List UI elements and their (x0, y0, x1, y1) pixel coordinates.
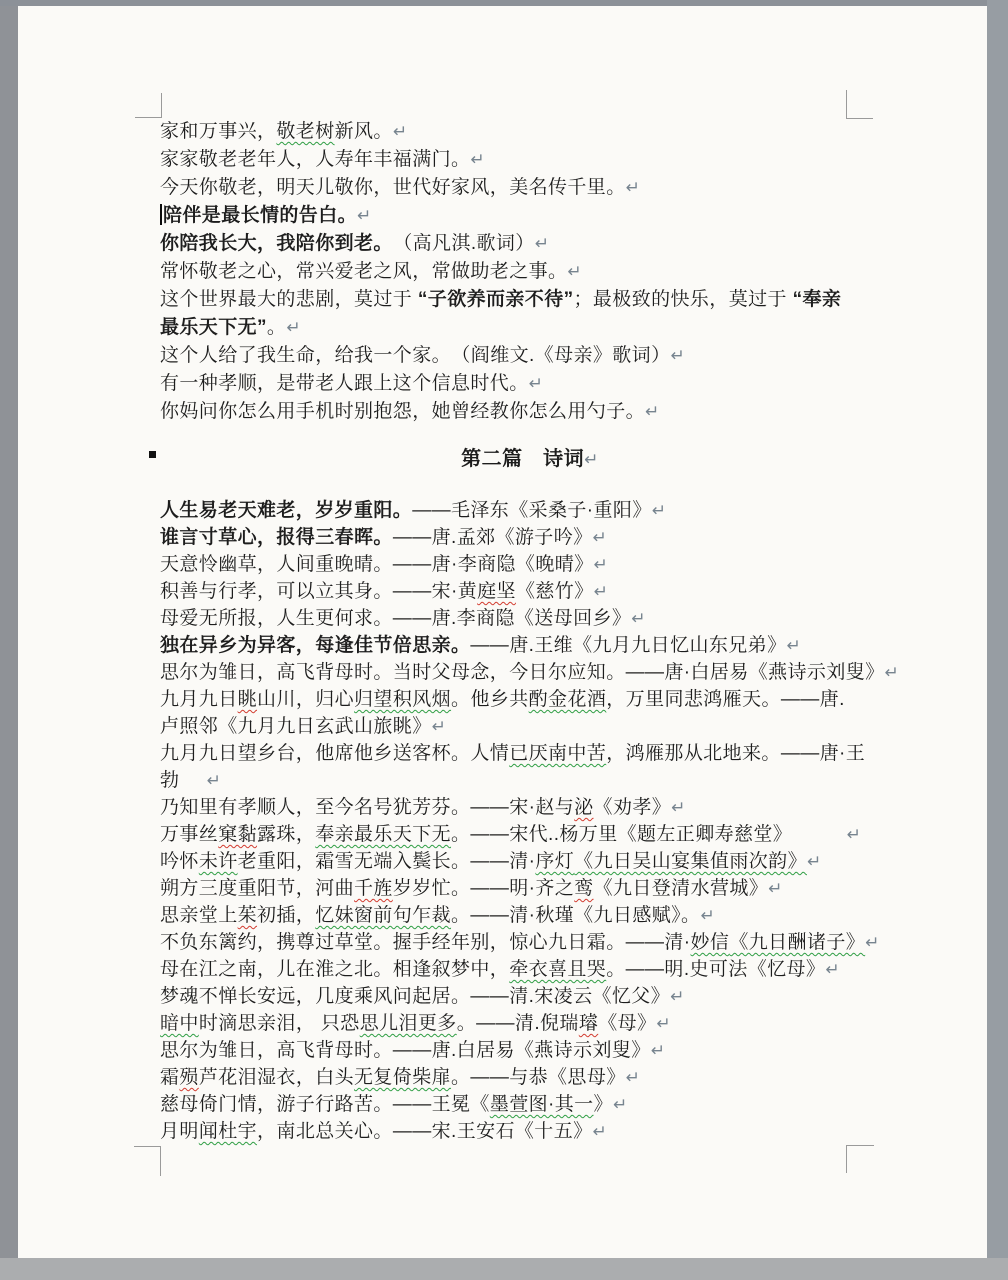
paragraph[interactable]: 思尔为雏日，高飞背母时。——唐.白居易《燕诗示刘叟》↵ (160, 1037, 900, 1064)
text-run: 。 (267, 317, 286, 338)
text-run: 璿 (579, 1013, 598, 1034)
text-run: 。——清·秋瑾《九日感赋》。 (451, 905, 700, 926)
paragraph[interactable]: 常怀敬老之心，常兴爱老之风，常做助老之事。↵ (160, 258, 900, 286)
text-run: 人生易老天难老，岁岁重阳。 (160, 500, 412, 521)
text-run: 母爱无所报，人生更何求。——唐.李商隐《送母回乡》 (160, 608, 631, 629)
paragraph-mark-icon: ↵ (393, 122, 408, 141)
text-run: 牵衣喜且哭 (509, 959, 606, 980)
text-run: 母在江之南，儿在淮之北。相逢叙梦中， (160, 959, 509, 980)
margin-crop-mark-bottom-right (846, 1145, 874, 1173)
paragraph[interactable]: 暗中时滴思亲泪， 只恐思儿泪更多。——清.倪瑞璿《母》↵ (160, 1010, 900, 1037)
paragraph-mark-icon: ↵ (535, 234, 550, 253)
section-heading[interactable]: 第二篇 诗词↵ (160, 442, 900, 471)
text-run: 谁言寸草心，报得三春晖。 (160, 527, 393, 548)
text-run: 霜 (160, 1067, 179, 1088)
paragraph[interactable]: 月明闻杜宇，南北总关心。——宋.王安石《十五》↵ (160, 1118, 900, 1145)
text-run: 闻杜宇 (199, 1121, 257, 1142)
text-run: 月明 (160, 1121, 199, 1142)
paragraph[interactable]: 梦魂不惮长安远，几度乘风问起居。——清.宋凌云《忆父》↵ (160, 983, 900, 1010)
text-run: 九月九日 (160, 689, 238, 710)
paragraph-mark-icon: ↵ (593, 528, 608, 547)
paragraph-mark-icon: ↵ (529, 374, 544, 393)
paragraph-mark-icon: ↵ (825, 960, 840, 979)
paragraph[interactable]: 慈母倚门情，游子行路苦。——王冕《墨萱图·其一》↵ (160, 1091, 900, 1118)
text-run: ，南北总关心。——宋.王安石《十五》 (257, 1121, 592, 1142)
paragraph[interactable]: 你妈问你怎么用手机时别抱怨，她曾经教你怎么用勺子。↵ (160, 398, 900, 426)
text-cursor (160, 204, 162, 225)
paragraph[interactable]: 乃知里有孝顺人，至今名号犹芳芬。——宋·赵与泌《劝孝》↵ (160, 794, 900, 821)
paragraph[interactable]: 吟怀未许老重阳，霜雪无端入鬓长。——清·序灯《九日吴山宴集值雨次韵》↵ (160, 848, 900, 875)
text-run: 露珠， (257, 824, 315, 845)
paragraph-mark-icon: ↵ (885, 663, 900, 682)
text-run: “子欲养而亲不待” (418, 289, 574, 310)
text-run: 慈母倚门情，游子行路苦。——王冕《 (160, 1094, 490, 1115)
paragraph-mark-icon: ↵ (865, 933, 880, 952)
paragraph-mark-icon: ↵ (768, 879, 783, 898)
text-run: 今天你敬老，明天儿敬你，世代好家风，美名传千里。 (160, 177, 626, 198)
text-run: ——唐.王维《九月九日忆山东兄弟》 (470, 635, 786, 656)
paragraph[interactable]: 不负东篱约，携尊过草堂。握手经年别，惊心九日霜。——清·妙信《九日酬诸子》↵ (160, 929, 900, 956)
text-run: 》 (594, 1094, 613, 1115)
paragraph-mark-icon: ↵ (670, 987, 685, 1006)
paragraph-mark-icon: ↵ (671, 798, 686, 817)
text-run: 梦魂不惮长安远，几度乘风问起居。——清.宋凌云《忆父》 (160, 986, 670, 1007)
text-run: 这个世界最大的悲剧，莫过于 (160, 289, 418, 310)
text-run: ——毛泽东《采桑子·重阳》 (412, 500, 652, 521)
window-chrome-bottom (0, 1258, 1008, 1280)
section-poems: 人生易老天难老，岁岁重阳。——毛泽东《采桑子·重阳》↵谁言寸草心，报得三春晖。—… (160, 497, 900, 1145)
paragraph-mark-icon: ↵ (626, 1068, 641, 1087)
text-run: 。——宋代..杨万里《题左正卿寿慈堂》 (451, 824, 792, 845)
text-run: 九月九日望乡台，他席他乡送客杯。人情 (160, 743, 509, 764)
paragraph-mark-icon: ↵ (656, 1014, 671, 1033)
text-run: 思儿泪更多 (360, 1013, 457, 1034)
paragraph-mark-icon: ↵ (593, 1122, 608, 1141)
margin-crop-mark-top-right (846, 90, 873, 119)
text-run: 泌 (574, 797, 593, 818)
document-page[interactable]: 家和万事兴，敬老树新风。↵家家敬老老年人，人寿年丰福满门。↵今天你敬老，明天儿敬… (18, 6, 987, 1258)
text-run: （高凡淇.歌词） (383, 233, 534, 254)
text-run: 有一种孝顺，是带老人跟上这个信息时代。 (160, 373, 529, 394)
paragraph-mark-icon: ↵ (286, 318, 301, 337)
text-run: 序灯 (535, 851, 574, 872)
paragraph[interactable]: 这个世界最大的悲剧，莫过于 “子欲养而亲不待”；最极致的快乐，莫过于 “奉亲 最… (160, 286, 900, 342)
paragraph[interactable]: 九月九日望乡台，他席他乡送客杯。人情已厌南中苦，鸿雁那从北地来。——唐·王 勃↵ (160, 740, 900, 794)
text-run: 敬老树 (276, 121, 334, 142)
paragraph-mark-icon: ↵ (567, 262, 582, 281)
text-run: 鸾 (574, 878, 593, 899)
text-run: 新风。 (335, 121, 393, 142)
text-run: 茱 (238, 905, 257, 926)
paragraph-mark-icon: ↵ (631, 609, 646, 628)
text-run: 千旌 (354, 878, 393, 899)
text-run: 。——明.史可法《忆母》 (606, 959, 825, 980)
paragraph[interactable]: 家和万事兴，敬老树新风。↵ (160, 118, 900, 146)
paragraph[interactable]: 万事丝窠黏露珠，奉亲最乐天下无。——宋代..杨万里《题左正卿寿慈堂》↵ (160, 821, 900, 848)
text-run: 家和万事兴， (160, 121, 276, 142)
paragraph-mark-icon: ↵ (645, 402, 660, 421)
paragraph[interactable]: 霜殒芦花泪湿衣，白头无复倚柴扉。——与恭《思母》↵ (160, 1064, 900, 1091)
text-run: 《母》 (598, 1013, 656, 1034)
text-run: 独在异乡为异客，每逢佳节倍思亲。 (160, 635, 470, 656)
window-chrome-left (0, 0, 18, 1280)
paragraph[interactable]: 人生易老天难老，岁岁重阳。——毛泽东《采桑子·重阳》↵ (160, 497, 900, 524)
paragraph[interactable]: 思亲堂上茱初插，忆妹窗前句乍裁。——清·秋瑾《九日感赋》。↵ (160, 902, 900, 929)
paragraph-mark-icon: ↵ (651, 1041, 666, 1060)
paragraph[interactable]: 朔方三度重阳节，河曲千旌岁岁忙。——明·齐之鸾《九日登清水营城》↵ (160, 875, 900, 902)
text-run: 暗中 (160, 1013, 199, 1034)
text-run: 万事丝 (160, 824, 218, 845)
text-run: 忆妹窗前句乍裁 (315, 905, 451, 926)
text-run: 庭坚 (477, 581, 516, 602)
text-run: 墨萱图·其一 (490, 1094, 594, 1115)
text-run: 。——与恭《思母》 (451, 1067, 626, 1088)
text-run: 无复倚柴扉 (354, 1067, 451, 1088)
paragraph-mark-icon: ↵ (700, 906, 715, 925)
text-run: 酌金花酒 (529, 689, 607, 710)
list-bullet-square-icon (149, 451, 156, 458)
text-run: 乃知里有孝顺人，至今名号犹芳芬。——宋·赵与 (160, 797, 574, 818)
text-run: 《慈竹》 (516, 581, 594, 602)
paragraph-mark-icon: ↵ (652, 501, 667, 520)
paragraph-mark-icon: ↵ (847, 825, 862, 844)
paragraph-mark-icon: ↵ (584, 450, 599, 469)
text-run: 初插， (257, 905, 315, 926)
paragraph[interactable]: 你陪我长大，我陪你到老。 （高凡淇.歌词）↵ (160, 230, 900, 258)
section-heading-text: 第二篇 诗词 (461, 448, 584, 470)
text-run: 殒 (179, 1067, 198, 1088)
paragraph[interactable]: 独在异乡为异客，每逢佳节倍思亲。——唐.王维《九月九日忆山东兄弟》↵ (160, 632, 900, 659)
text-run: 吟怀 (160, 851, 199, 872)
text-run: 。——清.倪瑞 (457, 1013, 579, 1034)
paragraph[interactable]: 谁言寸草心，报得三春晖。——唐.孟郊《游子吟》↵ (160, 524, 900, 551)
text-run: 已厌南中苦 (509, 743, 606, 764)
text-run: 朔方三度重阳节，河曲 (160, 878, 354, 899)
text-run: 思尔为雏日，高飞背母时。——唐.白居易《燕诗示刘叟》 (160, 1040, 651, 1061)
text-run: 《九日吴山宴集值雨次韵》 (574, 851, 807, 872)
text-run: 这个人给了我生命，给我一个家。 （阎维文.《母亲》歌词） (160, 345, 670, 366)
paragraph-mark-icon: ↵ (470, 150, 485, 169)
margin-crop-mark-bottom-left (134, 1146, 161, 1176)
paragraph[interactable]: 九月九日眺山川，归心归望积风烟。他乡共酌金花酒，万里同悲鸿雁天。——唐. 卢照邻… (160, 686, 900, 740)
paragraph[interactable]: 今天你敬老，明天儿敬你，世代好家风，美名传千里。↵ (160, 174, 900, 202)
text-run: 《九日登清水营城》 (594, 878, 769, 899)
text-run: 窠黏 (218, 824, 257, 845)
text-run: 芦花泪湿衣，白头 (199, 1067, 354, 1088)
text-run: 思亲堂上 (160, 905, 238, 926)
paragraph[interactable]: 母在江之南，儿在淮之北。相逢叙梦中，牵衣喜且哭。——明.史可法《忆母》↵ (160, 956, 900, 983)
paragraph-mark-icon: ↵ (613, 1095, 628, 1114)
text-run: 眺 (238, 689, 257, 710)
text-run: 你妈问你怎么用手机时别抱怨，她曾经教你怎么用勺子。 (160, 401, 645, 422)
paragraph[interactable]: 思尔为雏日，高飞背母时。当时父母念，今日尔应知。——唐·白居易《燕诗示刘叟》↵ (160, 659, 900, 686)
paragraph-mark-icon: ↵ (207, 771, 222, 790)
paragraph[interactable]: 母爱无所报，人生更何求。——唐.李商隐《送母回乡》↵ (160, 605, 900, 632)
app-window: 家和万事兴，敬老树新风。↵家家敬老老年人，人寿年丰福满门。↵今天你敬老，明天儿敬… (0, 0, 1008, 1280)
text-run: 不负东篱约，携尊过草堂。握手经年别，惊心九日霜。——清· (160, 932, 691, 953)
text-run: 老重阳，霜雪无端入鬓长。——清· (238, 851, 536, 872)
section-proverbs: 家和万事兴，敬老树新风。↵家家敬老老年人，人寿年丰福满门。↵今天你敬老，明天儿敬… (160, 118, 900, 426)
text-run: 未许 (199, 851, 238, 872)
paragraph-mark-icon: ↵ (357, 206, 372, 225)
text-run: 山川，归心 (257, 689, 354, 710)
paragraph-mark-icon: ↵ (670, 346, 685, 365)
margin-crop-mark-top-left (135, 93, 162, 118)
text-run: 《九日酬诸子》 (729, 932, 865, 953)
paragraph-mark-icon: ↵ (432, 717, 447, 736)
text-run: 陪伴是最长情的告白。 (163, 205, 357, 226)
text-run: 。他乡共 (451, 689, 529, 710)
paragraph-mark-icon: ↵ (626, 178, 641, 197)
paragraph-mark-icon: ↵ (807, 852, 822, 871)
text-run: 归望积风烟 (354, 689, 451, 710)
paragraph-mark-icon: ↵ (594, 582, 609, 601)
text-run: ；最极致的快乐，莫过于 (574, 289, 793, 310)
text-run: 《劝孝》 (594, 797, 672, 818)
paragraph-mark-icon: ↵ (787, 636, 802, 655)
paragraph-mark-icon: ↵ (594, 555, 609, 574)
text-run: 常怀敬老之心，常兴爱老之风，常做助老之事。 (160, 261, 567, 282)
text-run: 积善与行孝，可以立其身。——宋·黄 (160, 581, 477, 602)
text-run: 岁岁忙。——明·齐之 (393, 878, 574, 899)
text-run: 思尔为雏日，高飞背母时。当时父母念，今日尔应知。——唐·白居易《燕诗示刘叟》 (160, 662, 885, 683)
paragraph[interactable]: 天意怜幽草，人间重晚晴。——唐·李商隐《晚晴》↵ (160, 551, 900, 578)
text-run: 奉亲最乐天下无 (315, 824, 451, 845)
document-text-area: 家和万事兴，敬老树新风。↵家家敬老老年人，人寿年丰福满门。↵今天你敬老，明天儿敬… (160, 118, 900, 1145)
text-run: 妙信 (691, 932, 730, 953)
paragraph[interactable]: 积善与行孝，可以立其身。——宋·黄庭坚《慈竹》↵ (160, 578, 900, 605)
paragraph[interactable]: 陪伴是最长情的告白。↵ (160, 202, 900, 230)
text-run: 天意怜幽草，人间重晚晴。——唐·李商隐《晚晴》 (160, 554, 594, 575)
paragraph[interactable]: 有一种孝顺，是带老人跟上这个信息时代。↵ (160, 370, 900, 398)
window-chrome-right (987, 0, 1008, 1280)
text-run: 家家敬老老年人，人寿年丰福满门。 (160, 149, 470, 170)
text-run: ——唐.孟郊《游子吟》 (393, 527, 593, 548)
text-run: 时滴思亲泪， 只恐 (199, 1013, 360, 1034)
text-run: 你陪我长大，我陪你到老。 (160, 233, 383, 254)
paragraph[interactable]: 家家敬老老年人，人寿年丰福满门。↵ (160, 146, 900, 174)
paragraph[interactable]: 这个人给了我生命，给我一个家。 （阎维文.《母亲》歌词）↵ (160, 342, 900, 370)
